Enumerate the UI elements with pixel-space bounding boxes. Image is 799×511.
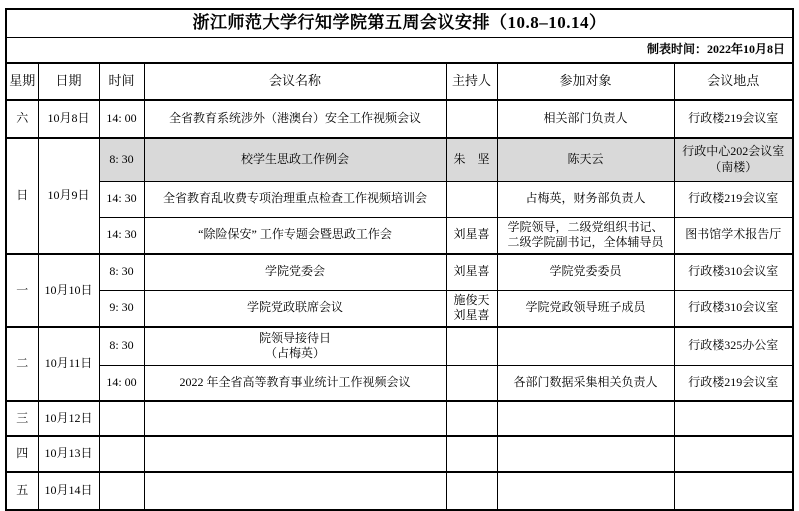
- time-cell: 14: 30: [99, 217, 144, 254]
- meeting-schedule-table: 浙江师范大学行知学院第五周会议安排（10.8–10.14） 制表时间：2022年…: [5, 8, 794, 511]
- date-cell: 10月11日: [38, 327, 99, 401]
- host-cell: 刘星喜: [446, 254, 497, 290]
- column-header-participants: 参加对象: [497, 63, 674, 100]
- meeting-name-cell: 学院党委会: [144, 254, 446, 290]
- document-title: 浙江师范大学行知学院第五周会议安排（10.8–10.14）: [6, 9, 793, 38]
- meeting-name-cell: 学院党政联席会议: [144, 290, 446, 327]
- table-row: 六 10月8日 14: 00 全省教育系统涉外（港澳台）安全工作视频会议 相关部…: [6, 100, 793, 138]
- week-cell: 四: [6, 436, 38, 472]
- date-cell: 10月13日: [38, 436, 99, 472]
- column-header-host: 主持人: [446, 63, 497, 100]
- location-cell: [674, 401, 793, 436]
- location-cell: 行政楼310会议室: [674, 290, 793, 327]
- host-cell: 朱 坚: [446, 138, 497, 181]
- meeting-name-cell: 全省教育系统涉外（港澳台）安全工作视频会议: [144, 100, 446, 138]
- time-cell: 14: 30: [99, 181, 144, 217]
- meeting-name-cell: 院领导接待日 （占梅英）: [144, 327, 446, 365]
- meeting-name-cell: [144, 436, 446, 472]
- host-cell: 刘星喜: [446, 217, 497, 254]
- meeting-name-cell: 全省教育乱收费专项治理重点检查工作视频培训会: [144, 181, 446, 217]
- meeting-name-cell: 校学生思政工作例会: [144, 138, 446, 181]
- column-header-date: 日期: [38, 63, 99, 100]
- column-header-meeting-name: 会议名称: [144, 63, 446, 100]
- host-cell: [446, 100, 497, 138]
- location-cell: 行政楼219会议室: [674, 365, 793, 401]
- location-cell: 行政楼219会议室: [674, 100, 793, 138]
- location-cell: 行政楼219会议室: [674, 181, 793, 217]
- column-header-week: 星期: [6, 63, 38, 100]
- location-cell: [674, 472, 793, 510]
- participants-cell: [497, 436, 674, 472]
- table-row: 一 10月10日 8: 30 学院党委会 刘星喜 学院党委委员 行政楼310会议…: [6, 254, 793, 290]
- table-row: 三 10月12日: [6, 401, 793, 436]
- column-header-time: 时间: [99, 63, 144, 100]
- host-cell: [446, 365, 497, 401]
- time-cell: [99, 472, 144, 510]
- week-cell: 日: [6, 138, 38, 254]
- participants-cell: 陈天云: [497, 138, 674, 181]
- location-cell: [674, 436, 793, 472]
- host-cell: [446, 181, 497, 217]
- table-row: 五 10月14日: [6, 472, 793, 510]
- week-cell: 二: [6, 327, 38, 401]
- host-cell: [446, 472, 497, 510]
- table-row: 14: 30 “除险保安” 工作专题会暨思政工作会 刘星喜 学院领导，二级党组织…: [6, 217, 793, 254]
- participants-cell: 占梅英，财务部负责人: [497, 181, 674, 217]
- location-cell: 行政楼325办公室: [674, 327, 793, 365]
- participants-cell: 学院党委委员: [497, 254, 674, 290]
- time-cell: 8: 30: [99, 138, 144, 181]
- date-cell: 10月14日: [38, 472, 99, 510]
- table-row: 四 10月13日: [6, 436, 793, 472]
- participants-cell: [497, 401, 674, 436]
- host-cell: 施俊天 刘星喜: [446, 290, 497, 327]
- column-header-location: 会议地点: [674, 63, 793, 100]
- time-cell: [99, 401, 144, 436]
- location-cell: 图书馆学术报告厅: [674, 217, 793, 254]
- time-cell: 14: 00: [99, 100, 144, 138]
- participants-cell: [497, 327, 674, 365]
- week-cell: 六: [6, 100, 38, 138]
- date-cell: 10月12日: [38, 401, 99, 436]
- location-cell: 行政楼310会议室: [674, 254, 793, 290]
- date-cell: 10月8日: [38, 100, 99, 138]
- made-date-label: 制表时间：2022年10月8日: [6, 38, 793, 64]
- participants-cell: 相关部门负责人: [497, 100, 674, 138]
- week-cell: 五: [6, 472, 38, 510]
- time-cell: [99, 436, 144, 472]
- table-header-row: 星期 日期 时间 会议名称 主持人 参加对象 会议地点: [6, 63, 793, 100]
- participants-cell: 各部门数据采集相关负责人: [497, 365, 674, 401]
- host-cell: [446, 327, 497, 365]
- date-cell: 10月10日: [38, 254, 99, 327]
- participants-cell: 学院党政领导班子成员: [497, 290, 674, 327]
- table-row: 二 10月11日 8: 30 院领导接待日 （占梅英） 行政楼325办公室: [6, 327, 793, 365]
- host-cell: [446, 436, 497, 472]
- document-sheet: 浙江师范大学行知学院第五周会议安排（10.8–10.14） 制表时间：2022年…: [0, 0, 799, 511]
- participants-cell: 学院领导，二级党组织书记、 二级学院副书记，全体辅导员: [497, 217, 674, 254]
- meeting-name-cell: “除险保安” 工作专题会暨思政工作会: [144, 217, 446, 254]
- table-row: 9: 30 学院党政联席会议 施俊天 刘星喜 学院党政领导班子成员 行政楼310…: [6, 290, 793, 327]
- table-row: 14: 30 全省教育乱收费专项治理重点检查工作视频培训会 占梅英，财务部负责人…: [6, 181, 793, 217]
- time-cell: 9: 30: [99, 290, 144, 327]
- date-cell: 10月9日: [38, 138, 99, 254]
- meeting-name-cell: [144, 401, 446, 436]
- time-cell: 8: 30: [99, 254, 144, 290]
- participants-cell: [497, 472, 674, 510]
- meeting-name-cell: [144, 472, 446, 510]
- table-row: 14: 00 2022 年全省高等教育事业统计工作视频会议 各部门数据采集相关负…: [6, 365, 793, 401]
- time-cell: 8: 30: [99, 327, 144, 365]
- meeting-name-cell: 2022 年全省高等教育事业统计工作视频会议: [144, 365, 446, 401]
- week-cell: 一: [6, 254, 38, 327]
- host-cell: [446, 401, 497, 436]
- week-cell: 三: [6, 401, 38, 436]
- table-row: 日 10月9日 8: 30 校学生思政工作例会 朱 坚 陈天云 行政中心202会…: [6, 138, 793, 181]
- location-cell: 行政中心202会议室 （南楼）: [674, 138, 793, 181]
- time-cell: 14: 00: [99, 365, 144, 401]
